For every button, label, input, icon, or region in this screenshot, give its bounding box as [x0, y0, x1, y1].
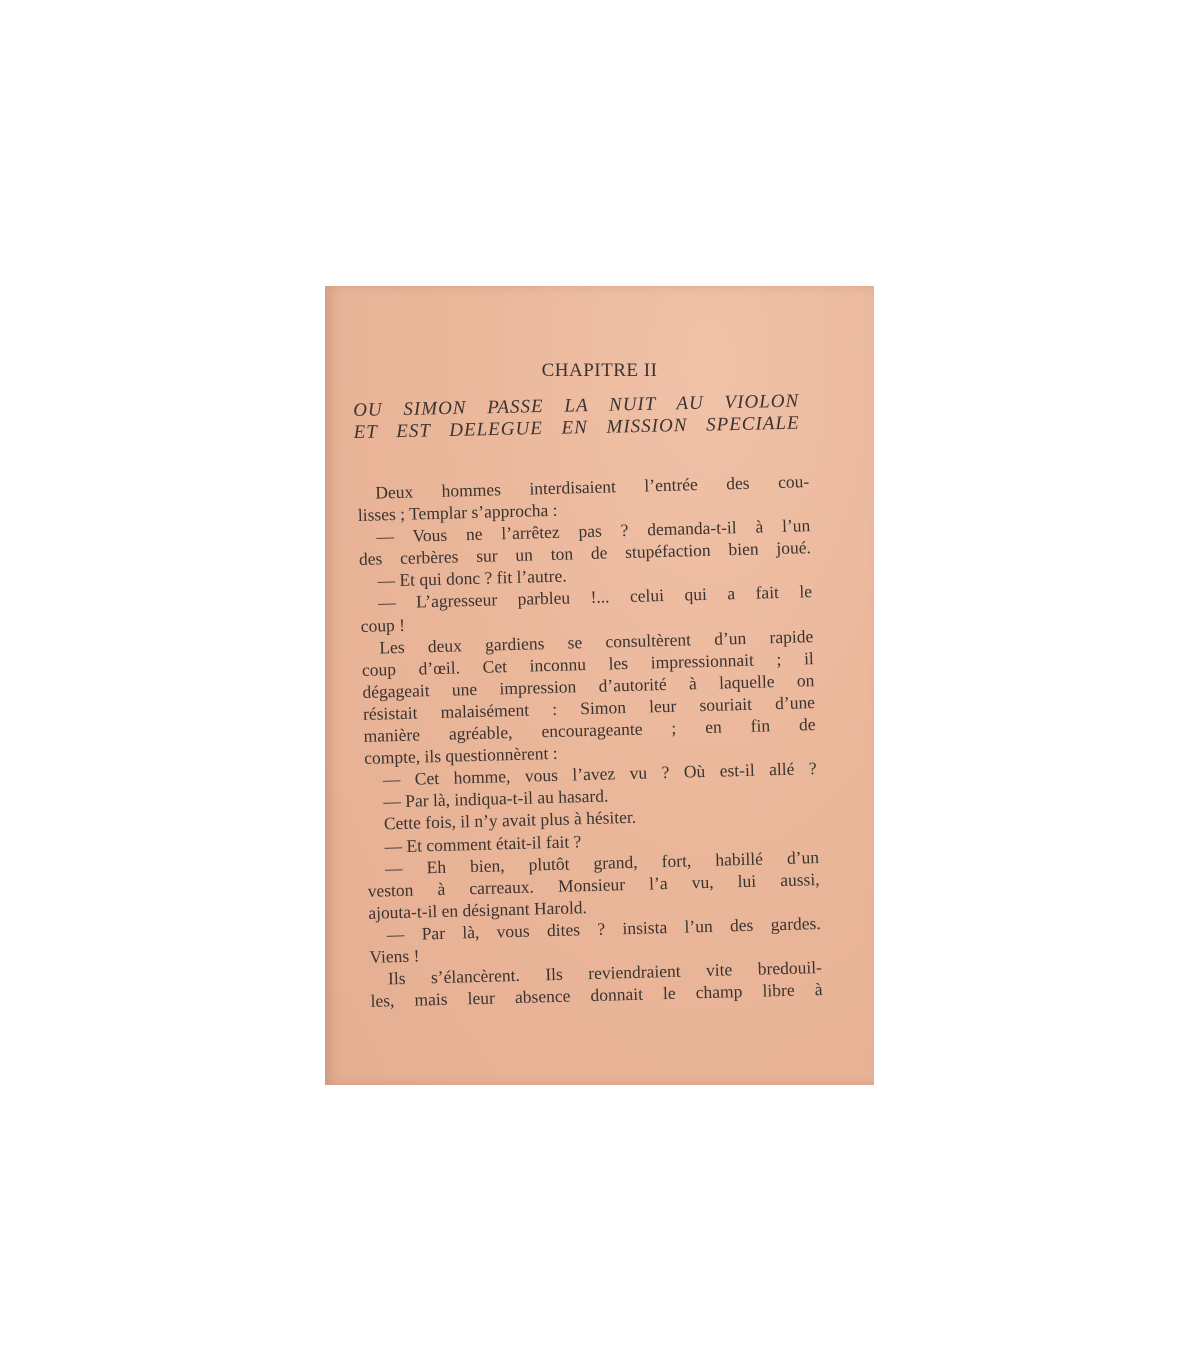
body-text: Deux hommes interdisaient l’entrée des c… — [357, 470, 823, 1012]
book-page: CHAPITRE II OU SIMON PASSE LA NUIT AU VI… — [325, 286, 874, 1085]
chapter-heading: CHAPITRE II — [325, 360, 874, 382]
chapter-subtitle: OU SIMON PASSE LA NUIT AU VIOLON ET EST … — [353, 391, 800, 444]
